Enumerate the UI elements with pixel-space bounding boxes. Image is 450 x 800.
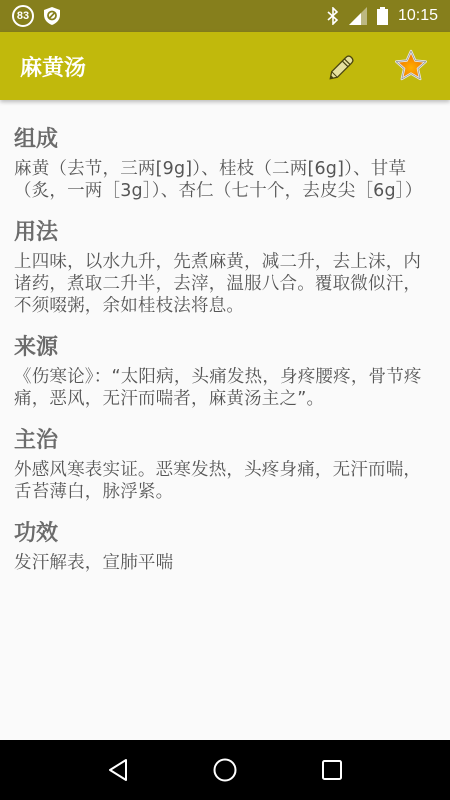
home-circle-icon (212, 757, 238, 783)
section-title: 组成 (14, 124, 436, 156)
bluetooth-icon (327, 7, 339, 25)
section-usage: 用法 上四味，以水九升，先煮麻黄，减二升，去上沫，内诸药，煮取二升半，去滓，温服… (14, 217, 436, 317)
back-triangle-icon (107, 758, 129, 782)
recents-button[interactable] (312, 750, 352, 790)
signal-icon (349, 7, 367, 25)
back-button[interactable] (98, 750, 138, 790)
app-bar: 麻黄汤 (0, 32, 450, 100)
favorite-button[interactable] (392, 47, 430, 85)
status-right: 10:15 (327, 7, 438, 25)
status-left: 83 (12, 5, 60, 27)
section-indications: 主治 外感风寒表实证。恶寒发热，头疼身痛，无汗而喘，舌苔薄白，脉浮紧。 (14, 425, 436, 503)
status-bar: 83 10:15 (0, 0, 450, 32)
section-body: 上四味，以水九升，先煮麻黄，减二升，去上沫，内诸药，煮取二升半，去滓，温服八合。… (14, 251, 436, 317)
page-title: 麻黄汤 (20, 51, 324, 82)
home-button[interactable] (205, 750, 245, 790)
battery-icon (377, 7, 388, 25)
section-efficacy: 功效 发汗解表，宣肺平喘 (14, 518, 436, 574)
app-bar-actions (324, 47, 430, 85)
section-body: 外感风寒表实证。恶寒发热，头疼身痛，无汗而喘，舌苔薄白，脉浮紧。 (14, 459, 436, 503)
formula-detail-content: 组成 麻黄（去节，三两[9g]）、桂枝（二两[6g]）、甘草（炙，一两［3g］）… (0, 100, 450, 740)
section-title: 来源 (14, 332, 436, 364)
section-body: 《伤寒论》：“太阳病，头痛发热，身疼腰疼，骨节疼痛，恶风，无汗而喘者，麻黄汤主之… (14, 366, 436, 410)
section-title: 主治 (14, 425, 436, 457)
section-body: 麻黄（去节，三两[9g]）、桂枝（二两[6g]）、甘草（炙，一两［3g］）、杏仁… (14, 158, 436, 202)
system-nav-bar (0, 740, 450, 800)
star-icon (394, 49, 428, 83)
section-source: 来源 《伤寒论》：“太阳病，头痛发热，身疼腰疼，骨节疼痛，恶风，无汗而喘者，麻黄… (14, 332, 436, 410)
notification-count-badge: 83 (12, 5, 34, 27)
pencil-icon (325, 48, 361, 84)
section-body: 发汗解表，宣肺平喘 (14, 552, 436, 574)
section-title: 功效 (14, 518, 436, 550)
clock: 10:15 (398, 7, 438, 25)
edit-button[interactable] (324, 47, 362, 85)
recents-square-icon (320, 758, 344, 782)
section-composition: 组成 麻黄（去节，三两[9g]）、桂枝（二两[6g]）、甘草（炙，一两［3g］）… (14, 124, 436, 202)
section-title: 用法 (14, 217, 436, 249)
shield-blocked-icon (44, 7, 60, 25)
